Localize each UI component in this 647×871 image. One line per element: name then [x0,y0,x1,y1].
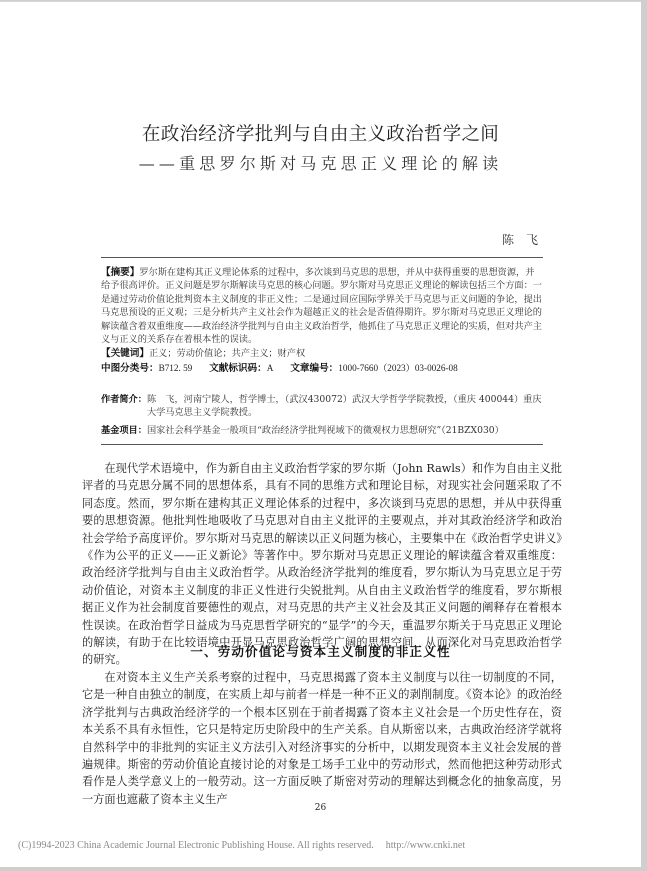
article-no-value: 1000-7660（2023）03-0026-08 [338,363,457,373]
section-heading: 一、劳动价值论与资本主义制度的非正义性 [0,642,641,660]
fund-label: 基金项目： [101,424,147,437]
fund-text: 国家社会科学基金一般项目“政治经济学批判视域下的微观权力思想研究”（21BZX0… [147,424,504,437]
article-subtitle: ——重思罗尔斯对马克思正义理论的解读 [0,151,641,174]
article-title: 在政治经济学批判与自由主义政治哲学之间 [0,120,641,146]
copyright-text: (C)1994-2023 China Academic Journal Elec… [18,840,374,851]
page-number: 26 [0,803,641,813]
doc-code-label: 文献标识码： [209,363,267,374]
article-no-label: 文章编号： [290,363,338,374]
intro-paragraph: 在现代学术语境中，作为新自由主义政治哲学家的罗尔斯（John Rawls）和作为… [82,460,562,669]
bottom-divider [101,444,543,445]
cnki-link[interactable]: http://www.cnki.net [386,840,465,851]
article-author: 陈飞 [502,231,550,248]
classification-line: 中图分类号：B712. 59 文献标识码：A 文章编号：1000-7660（20… [101,362,543,375]
abstract-section: 【摘要】罗尔斯在建构其正义理论体系的过程中，多次谈到马克思的思想，并从中获得重要… [101,266,543,375]
section-paragraph: 在对资本主义生产关系考察的过程中，马克思揭露了资本主义制度与以往一切制度的不同，… [82,669,562,808]
author-info-text: 陈 飞，河南宁陵人，哲学博士，（武汉430072）武汉大学哲学学院教授，（重庆 … [147,393,543,420]
clc-label: 中图分类号： [101,363,159,374]
clc-value: B712. 59 [159,363,193,373]
keywords-label: 【关键词】 [101,348,149,359]
abstract-text: 罗尔斯在建构其正义理论体系的过程中，多次谈到马克思的思想，并从中获得重要的思想资… [101,267,542,345]
fund-info: 基金项目： 国家社会科学基金一般项目“政治经济学批判视域下的微观权力思想研究”（… [101,424,543,437]
copyright-notice: (C)1994-2023 China Academic Journal Elec… [18,840,465,851]
author-info: 作者简介： 陈 飞，河南宁陵人，哲学博士，（武汉430072）武汉大学哲学学院教… [101,393,543,420]
document-page: 在政治经济学批判与自由主义政治哲学之间 ——重思罗尔斯对马克思正义理论的解读 陈… [0,1,641,867]
author-info-label: 作者简介： [101,393,147,420]
author-info-section: 作者简介： 陈 飞，河南宁陵人，哲学博士，（武汉430072）武汉大学哲学学院教… [101,393,543,437]
abstract: 【摘要】罗尔斯在建构其正义理论体系的过程中，多次谈到马克思的思想，并从中获得重要… [101,266,543,346]
top-divider [101,257,543,258]
abstract-label: 【摘要】 [101,267,139,278]
keywords-text: 正义；劳动价值论；共产主义；财产权 [149,348,305,359]
doc-code-value: A [267,363,274,373]
keywords: 【关键词】正义；劳动价值论；共产主义；财产权 [101,347,543,360]
